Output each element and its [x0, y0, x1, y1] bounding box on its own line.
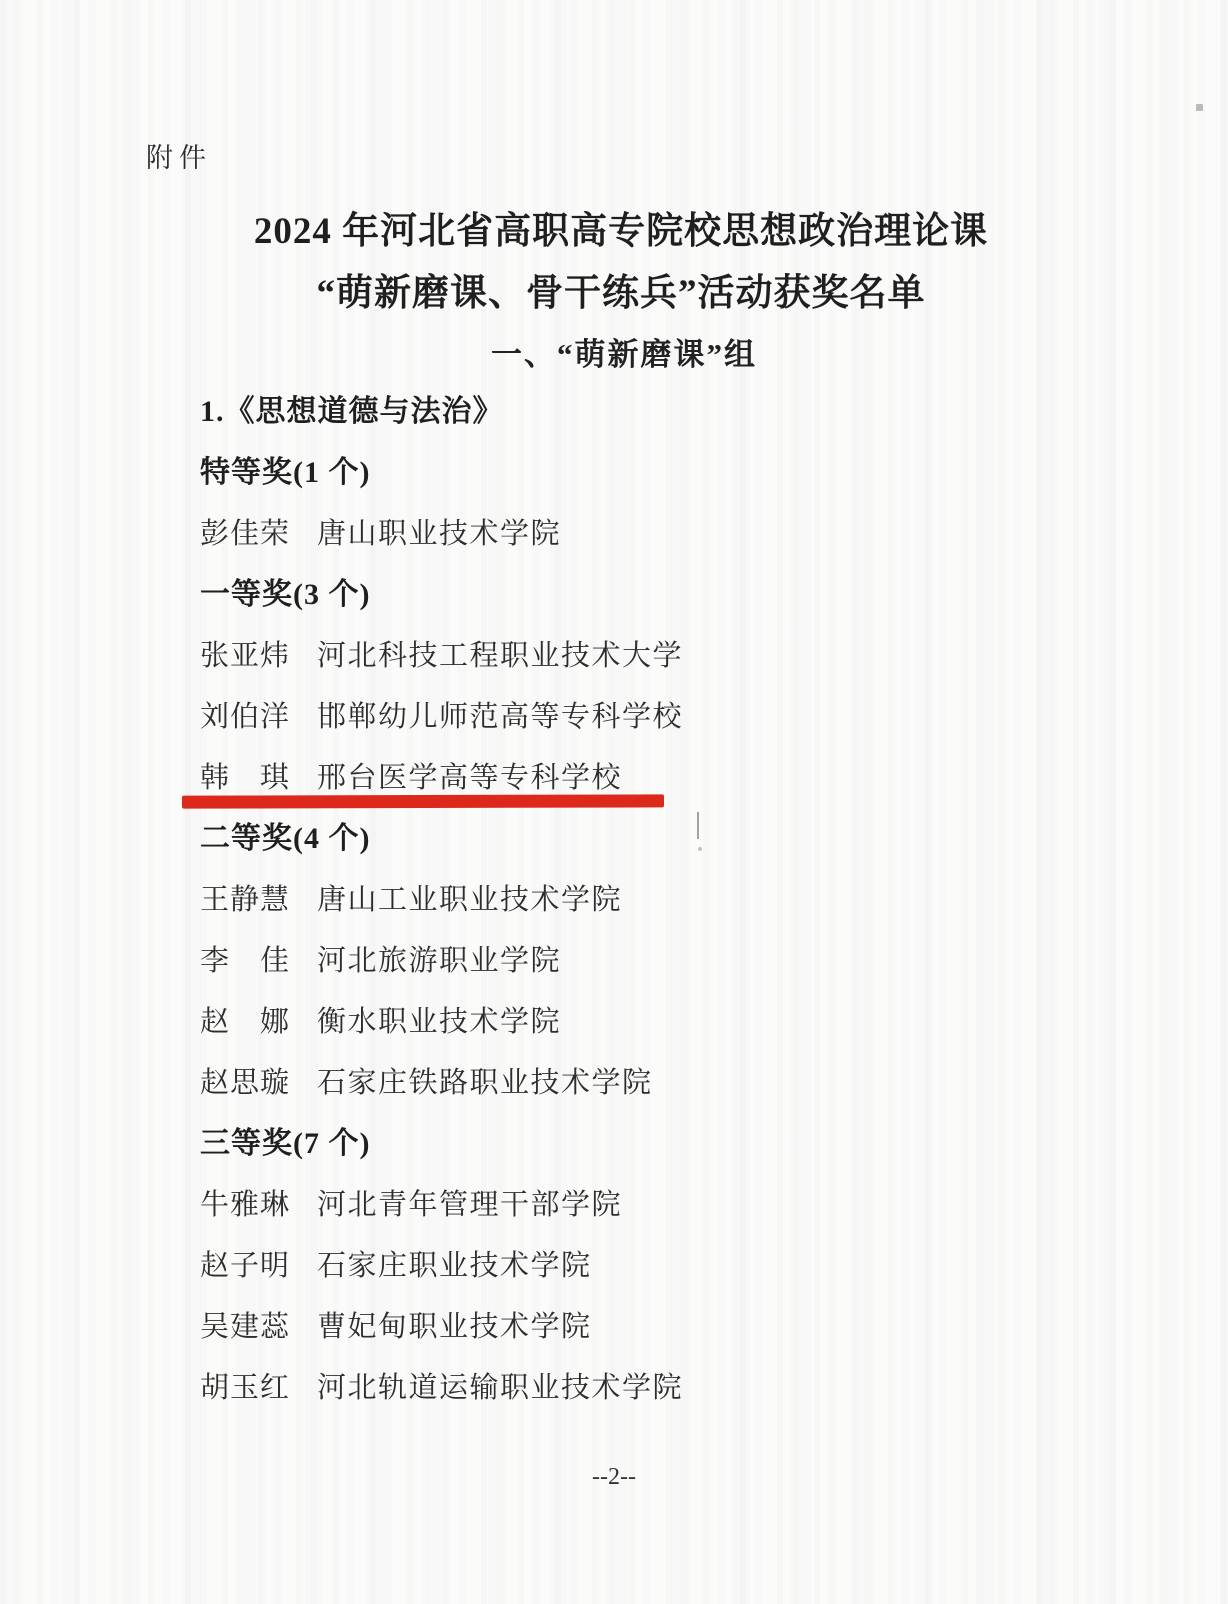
winner-name: 牛雅琳 [200, 1186, 294, 1224]
award-entries: 彭佳荣 唐山职业技术学院 [200, 515, 960, 576]
winner-row: 胡玉红 河北轨道运输职业技术学院 [200, 1369, 960, 1430]
award-section-1: 一等奖(3 个) 张亚炜 河北科技工程职业技术大学 刘伯洋 邯郸幼儿师范高等专科… [200, 576, 960, 820]
winner-school: 河北科技工程职业技术大学 [317, 637, 683, 675]
winner-row: 刘伯洋 邯郸幼儿师范高等专科学校 [200, 698, 960, 759]
sections-container: 特等奖(1 个) 彭佳荣 唐山职业技术学院 一等奖(3 个) 张亚炜 河北科技工… [200, 454, 960, 1430]
award-heading: 二等奖(4 个) [200, 820, 960, 881]
winner-name: 赵子明 [200, 1247, 294, 1285]
winner-school: 河北旅游职业学院 [317, 942, 561, 980]
winner-school: 邯郸幼儿师范高等专科学校 [317, 698, 683, 736]
winner-row: 赵 娜 衡水职业技术学院 [200, 1003, 960, 1064]
winner-name: 吴建蕊 [200, 1308, 294, 1346]
winner-row: 赵子明 石家庄职业技术学院 [200, 1247, 960, 1308]
winner-name: 胡玉红 [200, 1369, 294, 1407]
document-title-line2: “萌新磨课、骨干练兵”活动获奖名单 [0, 262, 1228, 316]
award-heading: 一等奖(3 个) [200, 576, 960, 637]
award-list: 1.《思想道德与法治》 特等奖(1 个) 彭佳荣 唐山职业技术学院 一等奖(3 … [200, 393, 960, 1430]
winner-row: 彭佳荣 唐山职业技术学院 [200, 515, 960, 576]
winner-name: 张亚炜 [200, 637, 294, 675]
group-heading: 一、“萌新磨课”组 [0, 329, 1228, 374]
course-heading: 1.《思想道德与法治》 [200, 393, 960, 454]
winner-school: 曹妃甸职业技术学院 [317, 1308, 592, 1346]
scan-artifact-speck [1196, 104, 1203, 111]
winner-name: 赵思璇 [200, 1064, 294, 1102]
winner-name: 李 佳 [200, 942, 294, 980]
winner-row: 王静慧 唐山工业职业技术学院 [200, 881, 960, 942]
winner-name: 赵 娜 [200, 1003, 294, 1041]
winner-school: 石家庄职业技术学院 [317, 1247, 592, 1285]
winner-school: 石家庄铁路职业技术学院 [317, 1064, 653, 1102]
attachment-label: 附件 [146, 136, 212, 175]
winner-name: 彭佳荣 [200, 515, 294, 553]
winner-name: 刘伯洋 [200, 698, 294, 736]
winner-school: 唐山工业职业技术学院 [317, 881, 622, 919]
award-section-3: 三等奖(7 个) 牛雅琳 河北青年管理干部学院 赵子明 石家庄职业技术学院 吴建… [200, 1125, 960, 1430]
winner-name: 韩 琪 [200, 759, 294, 797]
winner-row: 牛雅琳 河北青年管理干部学院 [200, 1186, 960, 1247]
document-title-line1: 2024 年河北省高职高专院校思想政治理论课 [0, 200, 1228, 254]
winner-school: 衡水职业技术学院 [317, 1003, 561, 1041]
scan-artifact-dot [698, 847, 702, 851]
award-entries: 牛雅琳 河北青年管理干部学院 赵子明 石家庄职业技术学院 吴建蕊 曹妃甸职业技术… [200, 1186, 960, 1430]
award-entries: 王静慧 唐山工业职业技术学院 李 佳 河北旅游职业学院 赵 娜 衡水职业技术学院… [200, 881, 960, 1125]
winner-name: 王静慧 [200, 881, 294, 919]
winner-row: 韩 琪 邢台医学高等专科学校 [200, 759, 960, 820]
winner-row: 吴建蕊 曹妃甸职业技术学院 [200, 1308, 960, 1369]
award-heading: 特等奖(1 个) [200, 454, 960, 515]
award-entries: 张亚炜 河北科技工程职业技术大学 刘伯洋 邯郸幼儿师范高等专科学校 韩 琪 邢台… [200, 637, 960, 820]
award-section-2: 二等奖(4 个) 王静慧 唐山工业职业技术学院 李 佳 河北旅游职业学院 赵 娜… [200, 820, 960, 1125]
winner-school: 唐山职业技术学院 [317, 515, 561, 553]
scan-artifact-line [697, 812, 699, 839]
winner-row: 张亚炜 河北科技工程职业技术大学 [200, 637, 960, 698]
page-number: --2-- [0, 1464, 1228, 1491]
award-heading: 三等奖(7 个) [200, 1125, 960, 1186]
winner-school: 邢台医学高等专科学校 [317, 759, 622, 797]
winner-school: 河北轨道运输职业技术学院 [317, 1369, 683, 1407]
award-section-0: 特等奖(1 个) 彭佳荣 唐山职业技术学院 [200, 454, 960, 576]
winner-school: 河北青年管理干部学院 [317, 1186, 622, 1224]
winner-row: 李 佳 河北旅游职业学院 [200, 942, 960, 1003]
scanned-document-page: 附件 2024 年河北省高职高专院校思想政治理论课 “萌新磨课、骨干练兵”活动获… [0, 0, 1228, 1604]
winner-row: 赵思璇 石家庄铁路职业技术学院 [200, 1064, 960, 1125]
red-underline-highlight [182, 794, 664, 808]
